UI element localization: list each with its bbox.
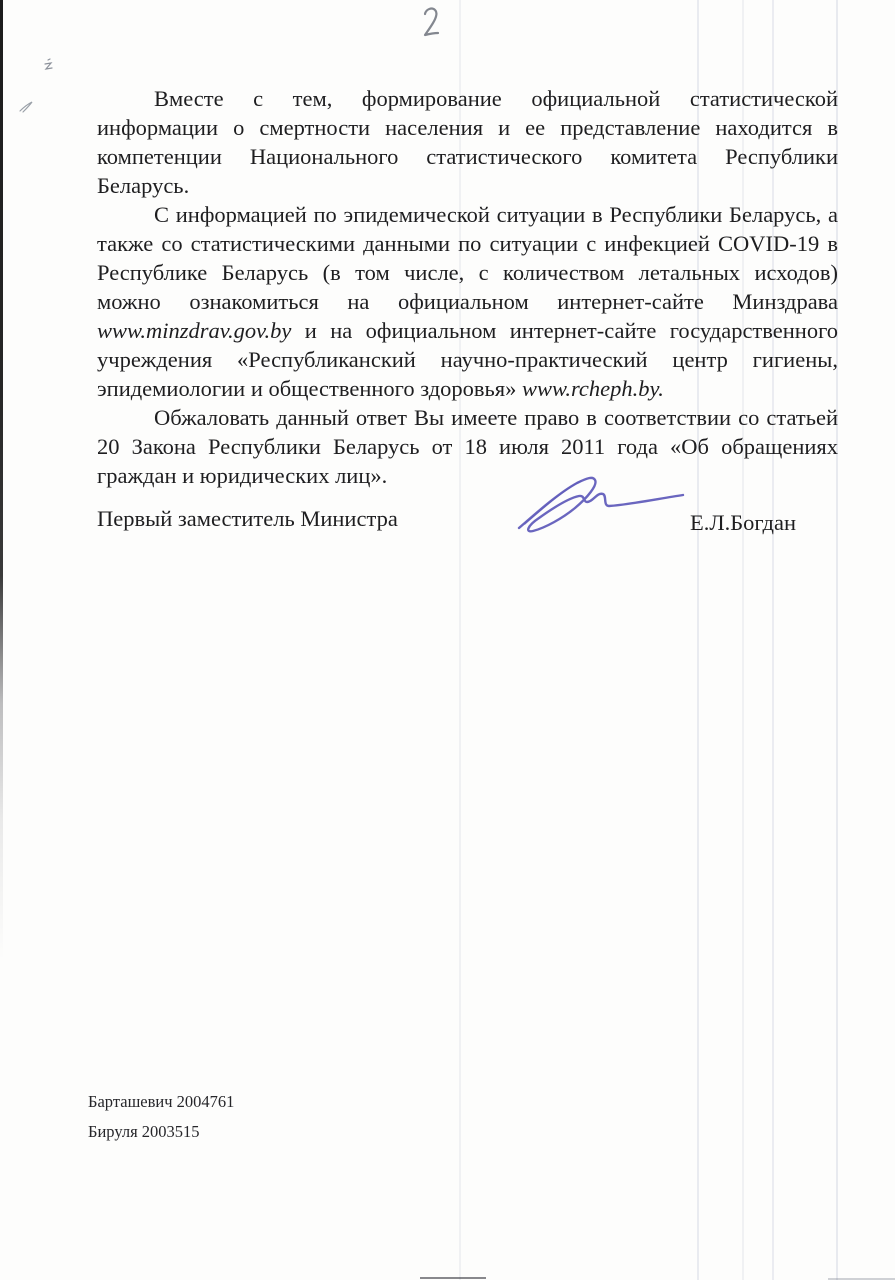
paragraph-2: С информацией по эпидемической ситуации … (97, 200, 838, 403)
signatory-name: Е.Л.Богдан (690, 510, 796, 536)
signatory-position-title: Первый заместитель Министра (97, 506, 398, 532)
text-segment: и на официальном интернет-сайте государс… (305, 318, 838, 343)
pencil-mark-icon (42, 58, 54, 79)
executor-contact-2: Бируля 2003515 (88, 1117, 234, 1147)
text-line: www.minzdrav.gov.by и на официальном инт… (97, 316, 838, 345)
text-line: учреждения «Республиканский научно-практ… (97, 345, 838, 374)
text-line: 20 Закона Республики Беларусь от 18 июля… (97, 432, 838, 461)
text-line: граждан и юридических лиц». (97, 461, 838, 490)
text-line: также со статистическими данными по ситу… (97, 229, 838, 258)
handwritten-page-number (420, 6, 444, 40)
text-line: можно ознакомиться на официальном интерн… (97, 287, 838, 316)
handwritten-signature (505, 468, 690, 545)
text-line: Вместе с тем, формирование официальной с… (97, 84, 838, 113)
scan-edge-strip (0, 0, 3, 1280)
pencil-mark-icon (18, 100, 34, 119)
text-line: Беларусь. (97, 171, 838, 200)
minzdrav-url: www.minzdrav.gov.by (97, 318, 291, 343)
handwritten-2-glyph (420, 6, 444, 40)
scanned-document-page: Вместе с тем, формирование официальной с… (0, 0, 895, 1280)
paragraph-3: Обжаловать данный ответ Вы имеете право … (97, 403, 838, 490)
paragraph-1: Вместе с тем, формирование официальной с… (97, 84, 838, 200)
text-line: информации о смертности населения и ее п… (97, 113, 838, 142)
executor-contacts: Барташевич 2004761 Бируля 2003515 (88, 1087, 234, 1147)
text-line: компетенции Национального статистическог… (97, 142, 838, 171)
document-body: Вместе с тем, формирование официальной с… (97, 84, 838, 490)
text-line: С информацией по эпидемической ситуации … (97, 200, 838, 229)
scan-edge-artifact (420, 1277, 486, 1279)
executor-contact-1: Барташевич 2004761 (88, 1087, 234, 1117)
text-line: Обжаловать данный ответ Вы имеете право … (97, 403, 838, 432)
text-line: Республике Беларусь (в том числе, с коли… (97, 258, 838, 287)
rcheph-url: www.rcheph.by. (522, 376, 664, 401)
text-line: эпидемиологии и общественного здоровья» … (97, 374, 838, 403)
text-segment: эпидемиологии и общественного здоровья» (97, 376, 516, 401)
